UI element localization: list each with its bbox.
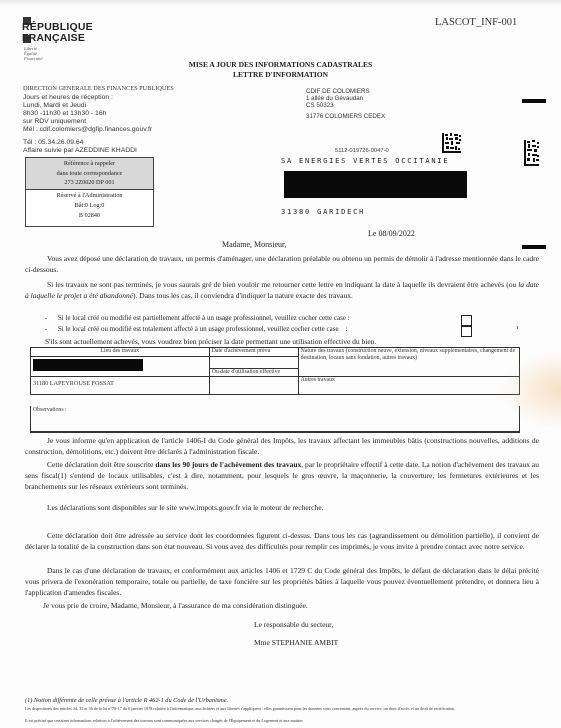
sender-email[interactable]: Mél : cdif.colomiers@dgfip.finances.gouv… (23, 126, 152, 134)
reception-label: Jours et heures de réception : (23, 94, 113, 102)
paragraph-4: Je vous informe qu'en application de l'a… (25, 435, 539, 457)
paragraph-1: Vous avez déposé une déclaration de trav… (25, 253, 539, 275)
document-title: MISE A JOUR DES INFORMATIONS CADASTRALES (0, 60, 561, 69)
paragraph-6: Les déclarations sont disponibles sur le… (25, 502, 539, 513)
checkbox-partial-professional[interactable] (461, 315, 472, 326)
admin-section: Réservé à l'Administration Bât:0 Log:0 B… (26, 190, 153, 221)
paragraph-5: Cette déclaration doit être souscrite da… (25, 459, 539, 492)
scan-speck (517, 326, 518, 329)
print-mark (522, 99, 546, 103)
bat-log-values: Bât:0 Log:0 (26, 201, 153, 211)
paragraph-5-bold: dans les 90 jours de l'achèvement des tr… (155, 460, 301, 469)
office-cs: CS 50323 (306, 102, 334, 109)
bullet-partial-professional: - Si le local créé ou modifié est partie… (45, 314, 350, 322)
reference-label-1: Référence à rappeler (26, 159, 153, 169)
bullet-total-professional: - Si le local créé ou modifié est totale… (45, 325, 348, 333)
appointment-note: sur RDV uniquement (23, 118, 86, 126)
marianne-logo-icon (23, 12, 43, 20)
document-reference: LASCOT_INF-001 (435, 17, 517, 28)
cell-nature-value[interactable]: Autres travaux (298, 377, 519, 395)
admin-label: Réservé à l'Administration (26, 191, 153, 201)
scan-glare (500, 350, 561, 430)
reception-days: Lundi, Mardi et Jeudi (23, 102, 86, 110)
cell-location-city: 31180 LAPEYROUSE FOSSAT (31, 377, 210, 395)
print-mark-2 (522, 245, 546, 249)
case-handler: Affaire suivie par AZEDDINE KHADDI (23, 147, 137, 155)
observations-field[interactable]: Observations : (30, 406, 520, 433)
paragraph-8-text: Dans le cas d'une déclaration de travaux… (25, 566, 539, 597)
works-table: Lieu des travaux Date d'achèvement prévu… (30, 347, 520, 395)
sender-phone: Tél : 05.34.26.09.64 (23, 139, 83, 147)
paragraph-2: Si les travaux ne sont pas terminés, je … (25, 279, 539, 301)
parcel-reference: B 02840 (26, 211, 153, 221)
paragraph-3: S'ils sont actuellement achevés, vous vo… (45, 336, 525, 347)
datamatrix-code-vertical-icon (524, 140, 539, 166)
paragraph-2-text-b: ). Dans tous les cas, il conviendra d'in… (133, 291, 353, 300)
reference-number: 273 2Z0020 DP 001 (26, 178, 153, 188)
privacy-notice: Les dispositions des articles 34, 35 et … (25, 706, 525, 711)
data-sharing-notice: Il est précisé que certaines information… (25, 718, 525, 723)
logo-francaise: FRANÇAISE (22, 33, 85, 44)
redacted-street-address (33, 359, 143, 371)
signature-title: Le responsable du secteur, (254, 620, 333, 629)
header-planned-date: Date d'achèvement prévu (209, 348, 298, 357)
redacted-recipient-address (284, 171, 467, 198)
reference-box: Référence à rappeler dans toute correspo… (25, 157, 154, 227)
salutation: Madame, Monsieur, (222, 240, 286, 249)
cell-location-redacted (31, 357, 210, 377)
recipient-city: 31380 GARIDECH (281, 208, 365, 216)
datamatrix-code-icon (442, 133, 461, 153)
document-subtitle: LETTRE D'INFORMATION (0, 70, 561, 79)
letter-date: Le 08/09/2022 (368, 229, 415, 238)
paragraph-8: Dans le cas d'une déclaration de travaux… (25, 565, 539, 598)
paragraph-2-text-a: Si les travaux ne sont pas terminés, je … (47, 280, 509, 289)
letter-page: RÉPUBLIQUE FRANÇAISE Liberté Égalité Fra… (0, 0, 561, 728)
input-planned-date[interactable] (209, 357, 298, 369)
scan-edge-shadow (0, 0, 561, 6)
barcode-number: 5112-019726-0047-0 (335, 148, 389, 154)
input-effective-date[interactable] (209, 377, 298, 395)
reference-header: Référence à rappeler dans toute correspo… (26, 158, 153, 190)
paragraph-9: Je vous prie de croire, Madame, Monsieur… (25, 600, 539, 611)
reference-label-2: dans toute correspondance (26, 169, 153, 179)
paragraph-6-text: Les déclarations sont disponibles sur le… (47, 503, 323, 512)
paragraph-7-text: Cette déclaration doit être adressée au … (25, 531, 539, 551)
paragraph-1-text: Vous avez déposé une déclaration de trav… (25, 254, 539, 274)
header-effective-date: Ou date d'utilisation effective (209, 369, 298, 377)
paragraph-4-text: Je vous informe qu'en application de l'a… (25, 436, 539, 456)
reception-hours: 8h30 -11h30 et 13h30 - 16h (23, 110, 106, 118)
signature-name: Mme STEPHANIE AMBIT (254, 638, 338, 647)
observations-label: Observations : (33, 407, 67, 413)
paragraph-7: Cette déclaration doit être adressée au … (25, 530, 539, 552)
header-location: Lieu des travaux (31, 348, 210, 357)
sender-organization: DIRECTION GENERALE DES FINANCES PUBLIQUE… (23, 85, 174, 92)
header-nature: Nature des travaux (construction neuve, … (298, 348, 519, 377)
bullet-2-text: Si le local créé ou modifié est totaleme… (58, 325, 339, 333)
recipient-name: SA ENERGIES VERTES OCCITANIE (281, 157, 449, 165)
closing-text: Je vous prie de croire, Madame, Monsieur… (43, 601, 308, 610)
bullet-1-text: Si le local créé ou modifié est partiell… (58, 314, 350, 322)
footnote: (1) Notion différente de celle prévue à … (25, 697, 228, 704)
office-city: 31776 COLOMIERS CEDEX (306, 113, 385, 120)
paragraph-5-text-a: Cette déclaration doit être souscrite (47, 460, 155, 469)
